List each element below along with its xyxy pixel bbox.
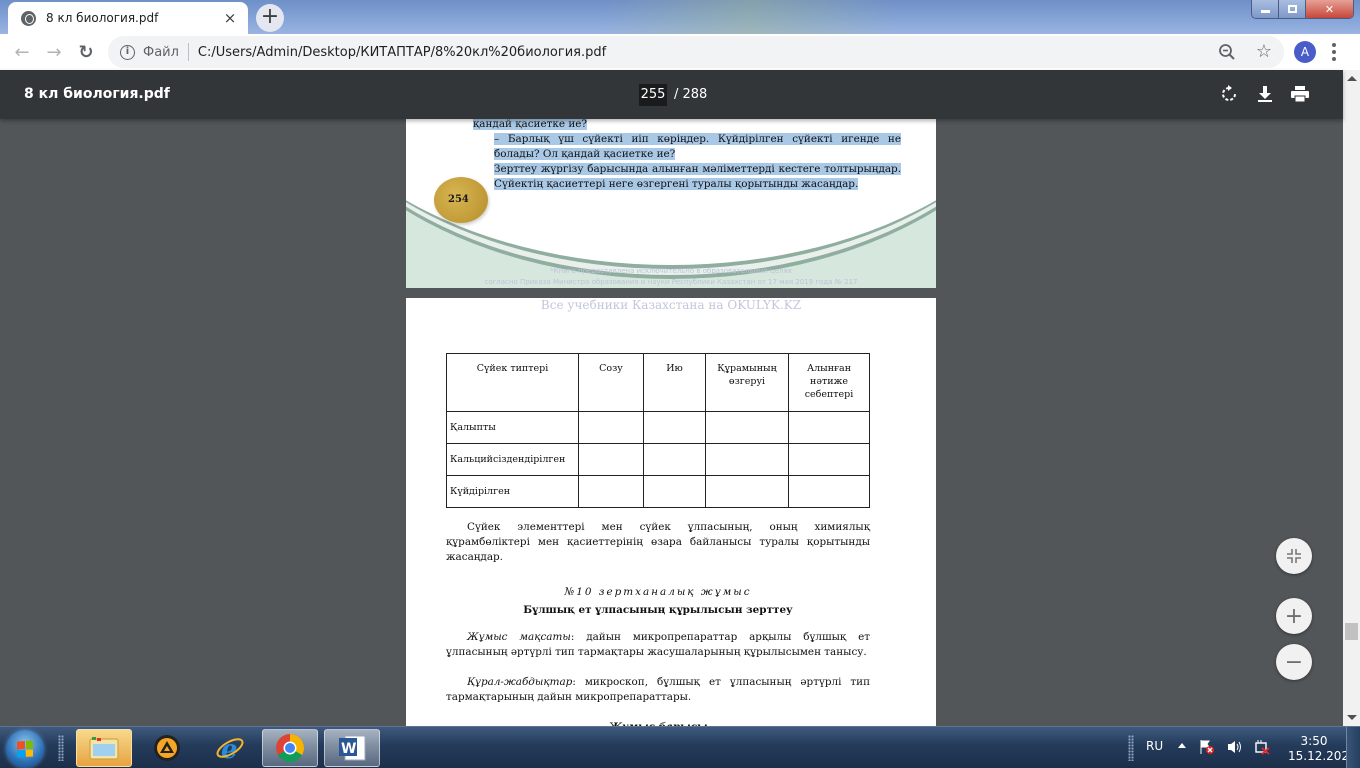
watermark: Все учебники Казахстана на OKULYK.KZ xyxy=(406,298,936,312)
page-number-input[interactable]: 255 xyxy=(639,84,667,106)
background-window-ghost xyxy=(600,0,900,34)
zoom-out-button[interactable]: − xyxy=(1276,644,1312,680)
table-cell xyxy=(644,476,706,508)
arrow-right-icon: → xyxy=(46,42,61,63)
close-window-button[interactable]: ✕ xyxy=(1306,0,1353,18)
table-cell xyxy=(579,412,644,444)
selected-text-block[interactable]: қандай қасиетке ие? – Барлық үш сүйекті … xyxy=(473,119,901,192)
clock-time: 3:50 xyxy=(1288,734,1340,749)
text-line: – Барлық үш сүйекті иіп көріңдер. Күйдір… xyxy=(494,133,901,160)
profile-avatar[interactable]: A xyxy=(1294,41,1316,63)
reload-icon: ↻ xyxy=(78,42,93,63)
pdf-page-255: Все учебники Казахстана на OKULYK.KZ Сүй… xyxy=(406,298,936,726)
aimp-icon xyxy=(153,734,181,762)
chrome-icon xyxy=(275,733,305,763)
browser-menu-button[interactable] xyxy=(1332,43,1336,61)
table-cell xyxy=(789,476,870,508)
globe-icon xyxy=(21,11,36,26)
table-cell xyxy=(644,444,706,476)
pdf-toolbar: 8 кл биология.pdf 255 / 288 xyxy=(0,70,1343,119)
text-line: Зерттеу жүргізу барысында алынған мәліме… xyxy=(494,163,901,190)
tab-title: 8 кл биология.pdf xyxy=(46,11,158,25)
bone-properties-table: Сүйек типтері Созу Ию Құрамының өзгеруі … xyxy=(446,353,870,508)
scrollbar-thumb[interactable] xyxy=(1345,623,1358,640)
page-number: 254 xyxy=(448,194,469,205)
vertical-scrollbar[interactable] xyxy=(1343,70,1360,726)
bone-type-cell: Кальцийсіздендірілген xyxy=(447,444,579,476)
table-header: Алынған нәтиже себептері xyxy=(789,354,870,412)
svg-text:W: W xyxy=(341,741,356,757)
table-cell xyxy=(789,444,870,476)
scroll-down-arrow[interactable] xyxy=(1347,715,1357,720)
back-button[interactable]: ← xyxy=(6,36,38,68)
table-header: Құрамының өзгеруі xyxy=(706,354,789,412)
table-cell xyxy=(579,476,644,508)
browser-tab[interactable]: 8 кл биология.pdf × xyxy=(8,2,248,34)
table-header: Сүйек типтері xyxy=(447,354,579,412)
table-cell xyxy=(579,444,644,476)
show-hidden-icons-button[interactable] xyxy=(1178,743,1186,748)
info-icon[interactable]: i xyxy=(120,45,135,60)
table-cell xyxy=(789,412,870,444)
table-cell xyxy=(706,476,789,508)
window-titlebar: 8 кл биология.pdf × + ✕ xyxy=(0,0,1360,34)
taskbar-word[interactable]: W xyxy=(324,729,380,767)
taskbar-chrome[interactable] xyxy=(262,729,318,767)
url-scheme-label: Файл xyxy=(143,45,179,60)
internet-explorer-icon: e xyxy=(215,733,245,763)
windows-taskbar: e W RU 3:50 xyxy=(0,726,1360,768)
rotate-button[interactable] xyxy=(1218,83,1240,105)
url-text[interactable]: C:/Users/Admin/Desktop/КИТАПТАР/8%20кл%2… xyxy=(198,45,606,60)
windows-logo-icon xyxy=(17,740,33,757)
restore-button[interactable] xyxy=(1279,0,1306,18)
minimize-button[interactable] xyxy=(1252,0,1279,18)
network-disconnected-icon[interactable] xyxy=(1254,739,1270,755)
goal-paragraph: Жұмыс мақсаты: дайын микропрепараттар ар… xyxy=(446,630,870,660)
zoom-in-button[interactable]: + xyxy=(1276,598,1312,634)
pdf-viewer[interactable]: қандай қасиетке ие? – Барлық үш сүйекті … xyxy=(0,119,1343,726)
close-tab-button[interactable]: × xyxy=(222,10,238,26)
equipment-paragraph: Құрал-жабдықтар: микроскоп, бұлшық ет ұл… xyxy=(446,675,870,705)
tray-grip xyxy=(1128,735,1134,761)
folder-icon xyxy=(89,736,119,760)
minimize-icon xyxy=(1261,10,1270,13)
reload-button[interactable]: ↻ xyxy=(70,36,102,68)
close-icon: ✕ xyxy=(1325,3,1334,16)
language-indicator[interactable]: RU xyxy=(1146,739,1163,753)
forward-button[interactable]: → xyxy=(38,36,70,68)
taskbar-grip xyxy=(58,735,64,761)
pdf-file-name: 8 кл биология.pdf xyxy=(24,86,170,102)
table-header: Ию xyxy=(644,354,706,412)
download-icon xyxy=(1257,85,1273,103)
bookmark-star-icon[interactable]: ☆ xyxy=(1256,41,1272,62)
fit-page-button[interactable] xyxy=(1276,538,1312,574)
table-cell xyxy=(706,444,789,476)
conclusion-paragraph: Сүйек элементтері мен сүйек ұлпасының, о… xyxy=(446,520,870,565)
zoom-out-icon[interactable] xyxy=(1218,43,1236,61)
clock[interactable]: 3:50 15.12.2020 xyxy=(1288,734,1340,764)
scroll-up-arrow[interactable] xyxy=(1347,76,1357,81)
show-desktop-button[interactable] xyxy=(1346,727,1360,768)
print-button[interactable] xyxy=(1289,83,1311,105)
copyright-notice-line1: *Книга предоставлена исключительно в обр… xyxy=(406,267,936,275)
pdf-page-254: қандай қасиетке ие? – Барлық үш сүйекті … xyxy=(406,119,936,288)
table-header: Созу xyxy=(579,354,644,412)
table-row: Кальцийсіздендірілген xyxy=(447,444,870,476)
lab-number: №10 зертханалық жұмыс xyxy=(446,585,870,600)
taskbar-explorer[interactable] xyxy=(76,729,132,767)
taskbar-aimp[interactable] xyxy=(139,729,195,767)
action-center-icon[interactable] xyxy=(1199,739,1215,755)
table-row: Күйдірілген xyxy=(447,476,870,508)
restore-icon xyxy=(1288,5,1297,13)
fit-page-icon xyxy=(1287,549,1301,563)
word-icon: W xyxy=(337,734,367,762)
bone-type-cell: Қалыпты xyxy=(447,412,579,444)
page-total: / 288 xyxy=(674,87,707,102)
bone-type-cell: Күйдірілген xyxy=(447,476,579,508)
taskbar-internet-explorer[interactable]: e xyxy=(202,729,258,767)
lab-title: Бұлшық ет ұлпасының құрылысын зерттеу xyxy=(446,603,870,618)
table-row: Қалыпты xyxy=(447,412,870,444)
print-icon xyxy=(1291,86,1309,102)
new-tab-button[interactable]: + xyxy=(256,4,284,32)
table-cell xyxy=(706,412,789,444)
clock-date: 15.12.2020 xyxy=(1288,749,1340,764)
rotate-icon xyxy=(1220,85,1238,103)
address-bar[interactable]: i Файл C:/Users/Admin/Desktop/КИТАПТАР/8… xyxy=(108,36,1284,68)
copyright-notice-line2: согласно Приказа Министра образования и … xyxy=(406,278,936,286)
browser-toolbar: ← → ↻ i Файл C:/Users/Admin/Desktop/КИТА… xyxy=(0,34,1360,70)
start-button[interactable] xyxy=(6,730,44,768)
equipment-label: Құрал-жабдықтар xyxy=(467,676,572,688)
text-line: қандай қасиетке ие? xyxy=(473,119,587,130)
window-controls: ✕ xyxy=(1251,0,1354,19)
download-button[interactable] xyxy=(1254,83,1276,105)
volume-icon[interactable] xyxy=(1227,739,1243,755)
goal-label: Жұмыс мақсаты xyxy=(467,631,571,643)
arrow-left-icon: ← xyxy=(14,42,29,63)
url-separator xyxy=(188,43,189,61)
table-cell xyxy=(644,412,706,444)
table-header-row: Сүйек типтері Созу Ию Құрамының өзгеруі … xyxy=(447,354,870,412)
page-number-badge: 254 xyxy=(434,177,488,223)
